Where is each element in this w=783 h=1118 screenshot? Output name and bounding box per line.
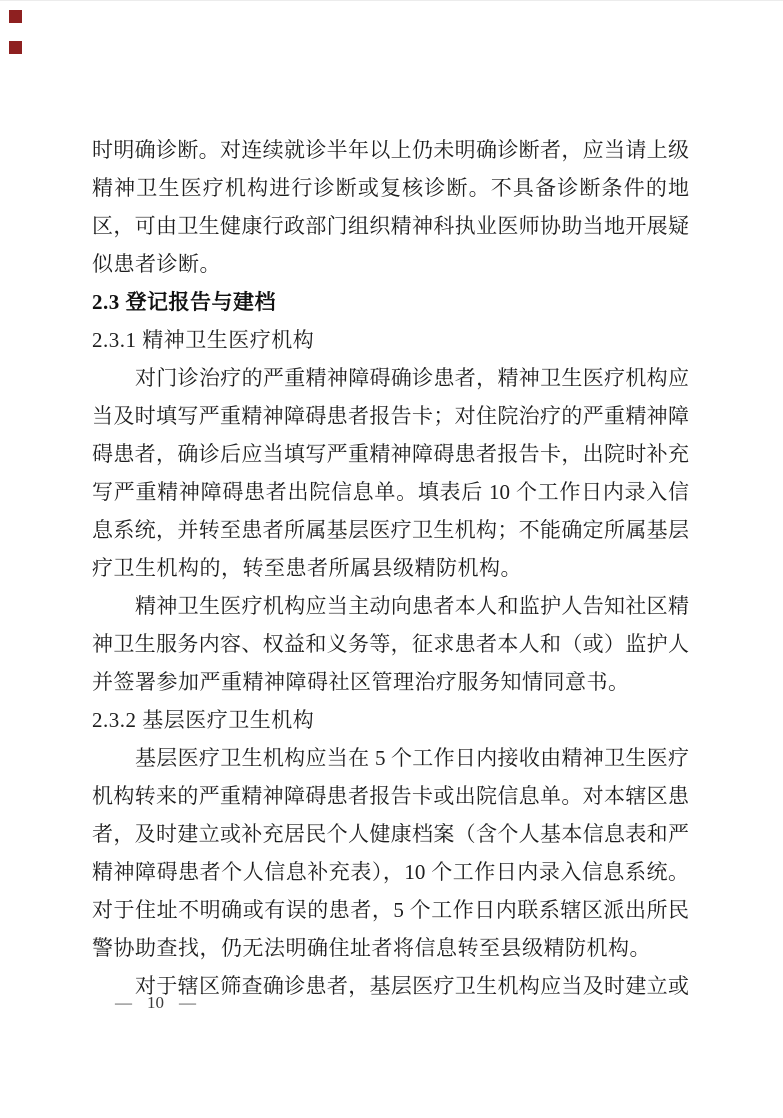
text-line: 时明确诊断。对连续就诊半年以上仍未明确诊断者，应当请上级 (92, 131, 689, 169)
footer-right-dash: — (179, 993, 196, 1013)
text-line: 精神卫生医疗机构进行诊断或复核诊断。不具备诊断条件的地 (92, 169, 689, 207)
document-page: 时明确诊断。对连续就诊半年以上仍未明确诊断者，应当请上级精神卫生医疗机构进行诊断… (0, 0, 783, 1118)
page-number-footer: — 10 — (115, 993, 196, 1013)
text-line: 区，可由卫生健康行政部门组织精神科执业医师协助当地开展疑 (92, 207, 689, 245)
text-line: 机构转来的严重精神障碍患者报告卡或出院信息单。对本辖区患 (92, 777, 689, 815)
text-line: 疗卫生机构的，转至患者所属县级精防机构。 (92, 549, 689, 587)
text-line: 者，及时建立或补充居民个人健康档案（含个人基本信息表和严重 (92, 815, 689, 853)
text-line: 基层医疗卫生机构应当在 5 个工作日内接收由精神卫生医疗 (92, 739, 689, 777)
text-line: 对门诊治疗的严重精神障碍确诊患者，精神卫生医疗机构应 (92, 359, 689, 397)
red-mark-top (9, 10, 22, 23)
text-line: 碍患者，确诊后应当填写严重精神障碍患者报告卡，出院时补充填 (92, 435, 689, 473)
text-line: 精神卫生医疗机构应当主动向患者本人和监护人告知社区精 (92, 587, 689, 625)
footer-left-dash: — (115, 993, 132, 1013)
text-line: 似患者诊断。 (92, 245, 689, 283)
text-line: 息系统，并转至患者所属基层医疗卫生机构；不能确定所属基层医 (92, 511, 689, 549)
text-line: 写严重精神障碍患者出院信息单。填表后 10 个工作日内录入信 (92, 473, 689, 511)
subsection-heading: 2.3.2 基层医疗卫生机构 (92, 701, 689, 739)
page-number: 10 (147, 993, 164, 1013)
red-mark-bottom (9, 41, 22, 54)
text-block: 时明确诊断。对连续就诊半年以上仍未明确诊断者，应当请上级精神卫生医疗机构进行诊断… (92, 131, 689, 1005)
text-line: 警协助查找，仍无法明确住址者将信息转至县级精防机构。 (92, 929, 689, 967)
subsection-heading: 2.3.1 精神卫生医疗机构 (92, 321, 689, 359)
text-line: 当及时填写严重精神障碍患者报告卡；对住院治疗的严重精神障 (92, 397, 689, 435)
text-line: 并签署参加严重精神障碍社区管理治疗服务知情同意书。 (92, 663, 689, 701)
text-line: 对于住址不明确或有误的患者，5 个工作日内联系辖区派出所民 (92, 891, 689, 929)
section-heading: 2.3 登记报告与建档 (92, 283, 689, 321)
text-line: 神卫生服务内容、权益和义务等，征求患者本人和（或）监护人意见 (92, 625, 689, 663)
text-line: 精神障碍患者个人信息补充表），10 个工作日内录入信息系统。 (92, 853, 689, 891)
